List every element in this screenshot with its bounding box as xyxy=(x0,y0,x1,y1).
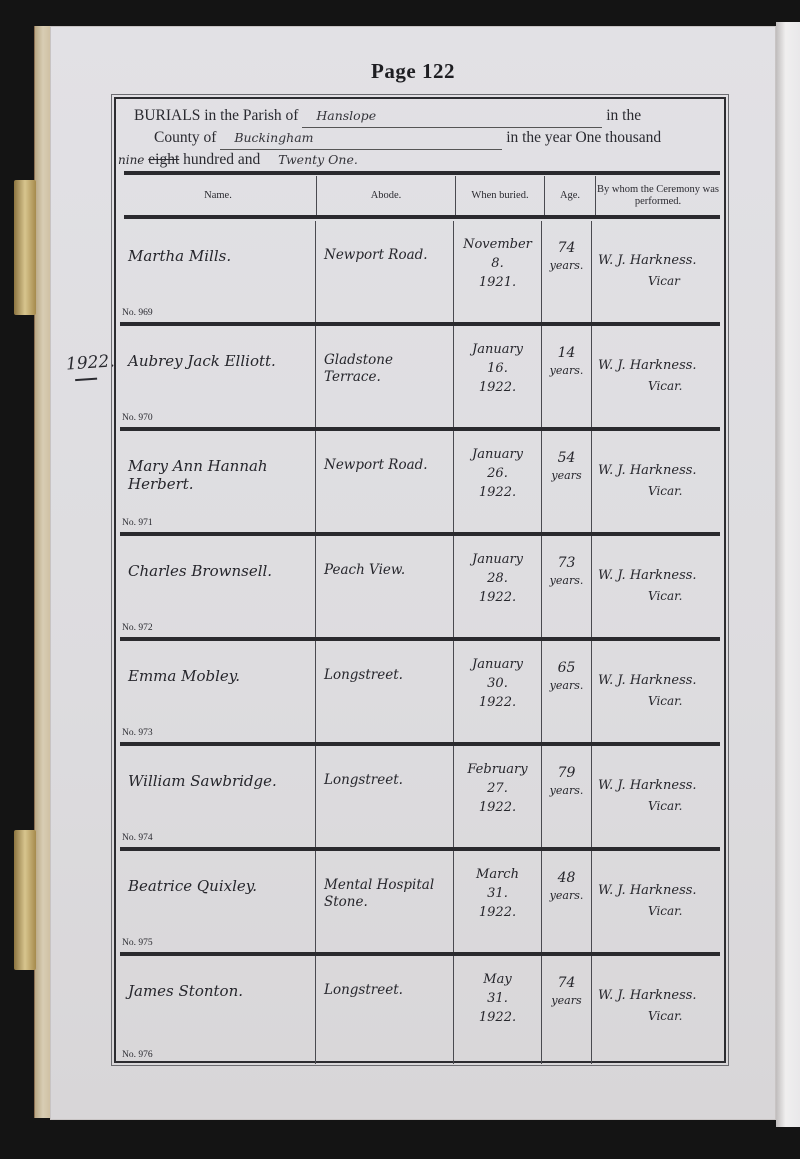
entry-age: 54years xyxy=(542,431,592,532)
entry-date: May31.1922. xyxy=(454,956,542,1064)
handwritten-correction: nine xyxy=(118,153,144,167)
entry-age: 48years. xyxy=(542,851,592,952)
entry-age: 65years. xyxy=(542,641,592,742)
entry-officiant: W. J. Harkness.Vicar. xyxy=(592,746,720,847)
entry-abode: Peach View. xyxy=(316,536,454,637)
entry-date: January30.1922. xyxy=(454,641,542,742)
entry-age: 73years. xyxy=(542,536,592,637)
column-header-abode: Abode. xyxy=(317,176,456,216)
facing-page-edge xyxy=(776,22,800,1127)
entry-age: 14years. xyxy=(542,326,592,427)
entry-name: Emma Mobley. xyxy=(128,667,240,685)
entry-age: 74years xyxy=(542,956,592,1064)
margin-year-note: 1922. xyxy=(65,351,115,374)
binding-tab-top xyxy=(14,180,36,315)
entry-officiant: W. J. Harkness.Vicar. xyxy=(592,431,720,532)
entry-name: Martha Mills. xyxy=(128,247,231,265)
heading-text: County of xyxy=(154,129,216,146)
entry-abode: Newport Road. xyxy=(316,221,454,322)
parish-field: Hanslope xyxy=(302,105,602,128)
entry-officiant: W. J. Harkness.Vicar. xyxy=(592,641,720,742)
heading-text: in the year One thousand xyxy=(506,129,661,146)
entry-date: November8.1921. xyxy=(454,221,542,322)
table-row: Emma Mobley.No. 973 Longstreet. January3… xyxy=(120,641,720,746)
column-header-officiant: By whom the Ceremony was performed. xyxy=(596,176,720,216)
entry-abode: Longstreet. xyxy=(316,956,454,1064)
table-row: Mary Ann Hannah Herbert.No. 971 Newport … xyxy=(120,431,720,536)
entry-number: No. 972 xyxy=(122,623,153,633)
entry-number: No. 970 xyxy=(122,413,153,423)
column-headers: Name. Abode. When buried. Age. By whom t… xyxy=(120,176,720,216)
entry-number: No. 974 xyxy=(122,833,153,843)
entry-age: 74years. xyxy=(542,221,592,322)
entry-officiant: W. J. Harkness.Vicar. xyxy=(592,851,720,952)
heading-text: BURIALS in the Parish of xyxy=(134,107,298,124)
header-rule xyxy=(124,171,720,175)
entry-officiant: W. J. Harkness.Vicar xyxy=(592,221,720,322)
year-field: Twenty One. xyxy=(264,149,414,172)
table-row: Aubrey Jack Elliott.No. 970 Gladstone Te… xyxy=(120,326,720,431)
entry-name: James Stonton. xyxy=(128,982,243,1000)
entry-number: No. 969 xyxy=(122,308,153,318)
entry-abode: Longstreet. xyxy=(316,641,454,742)
entry-officiant: W. J. Harkness.Vicar. xyxy=(592,956,720,1064)
table-row: Beatrice Quixley.No. 975 Mental Hospital… xyxy=(120,851,720,956)
heading-text: in the xyxy=(606,107,641,124)
entry-date: January28.1922. xyxy=(454,536,542,637)
county-field: Buckingham xyxy=(220,127,502,150)
entries-table: Martha Mills.No. 969 Newport Road. Novem… xyxy=(120,221,720,1064)
entry-name: Charles Brownsell. xyxy=(128,562,272,580)
entry-name: Beatrice Quixley. xyxy=(128,877,257,895)
binding-tab-bottom xyxy=(14,830,36,970)
entry-number: No. 975 xyxy=(122,938,153,948)
entry-age: 79years. xyxy=(542,746,592,847)
register-heading: BURIALS in the Parish of Hanslope in the… xyxy=(116,105,724,171)
entry-date: February27.1922. xyxy=(454,746,542,847)
table-row: William Sawbridge.No. 974 Longstreet. Fe… xyxy=(120,746,720,851)
entry-officiant: W. J. Harkness.Vicar. xyxy=(592,326,720,427)
column-header-age: Age. xyxy=(545,176,596,216)
entry-name: Mary Ann Hannah Herbert. xyxy=(128,457,268,493)
entry-abode: Gladstone Terrace. xyxy=(316,326,454,427)
column-header-when-buried: When buried. xyxy=(456,176,545,216)
entry-name: Aubrey Jack Elliott. xyxy=(128,352,276,370)
entry-abode: Newport Road. xyxy=(316,431,454,532)
entry-number: No. 971 xyxy=(122,518,153,528)
page-title: Page 122 xyxy=(50,59,776,84)
entry-number: No. 973 xyxy=(122,728,153,738)
entry-number: No. 976 xyxy=(122,1050,153,1060)
column-header-name: Name. xyxy=(120,176,317,216)
entry-abode: Mental Hospital Stone. xyxy=(316,851,454,952)
header-rule xyxy=(124,215,720,219)
entry-date: March31.1922. xyxy=(454,851,542,952)
entry-date: January16.1922. xyxy=(454,326,542,427)
table-row: Martha Mills.No. 969 Newport Road. Novem… xyxy=(120,221,720,326)
burial-register: BURIALS in the Parish of Hanslope in the… xyxy=(114,97,726,1063)
heading-text: hundred and xyxy=(183,151,260,168)
struck-text: eight xyxy=(148,151,179,168)
entry-abode: Longstreet. xyxy=(316,746,454,847)
entry-date: January26.1922. xyxy=(454,431,542,532)
table-row: Charles Brownsell.No. 972 Peach View. Ja… xyxy=(120,536,720,641)
entry-name: William Sawbridge. xyxy=(128,772,277,790)
entry-officiant: W. J. Harkness.Vicar. xyxy=(592,536,720,637)
table-row: James Stonton.No. 976 Longstreet. May31.… xyxy=(120,956,720,1064)
